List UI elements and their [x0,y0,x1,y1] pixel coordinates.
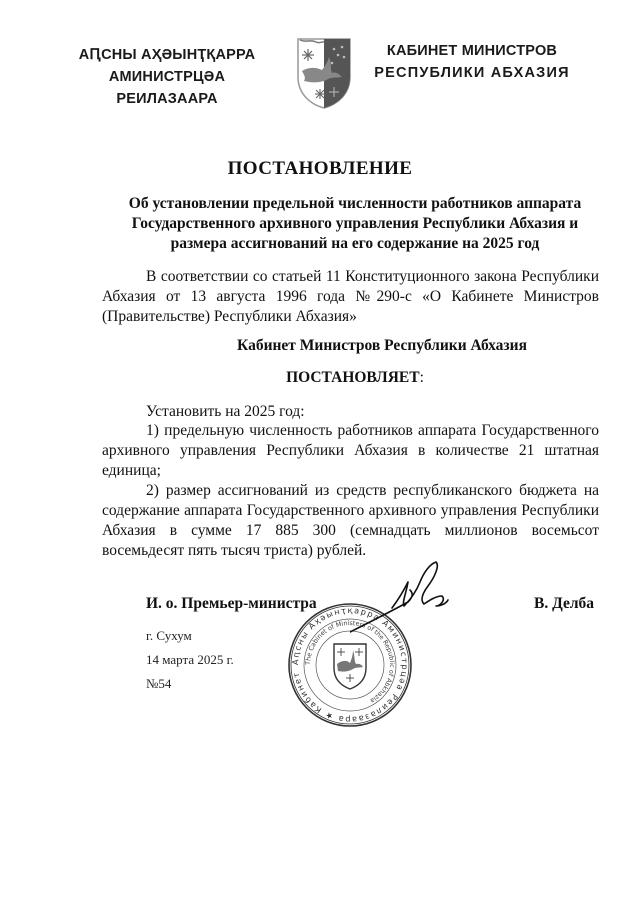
header-russian-line1: КАБИНЕТ МИНИСТРОВ [372,40,572,62]
resolution-item-2: 2) размер ассигнований из средств респуб… [102,481,599,561]
issuer-heading: Кабинет Министров Республики Абхазия [62,337,640,355]
resolves-word: ПОСТАНОВЛЯЕТ [286,369,420,386]
resolves-colon: : [420,369,424,386]
resolution-intro: Установить на 2025 год: [146,402,596,422]
resolution-item-1: 1) предельную численность работников апп… [102,421,599,481]
document-place: г. Сухум [146,628,192,644]
document-page: АԤСНЫ АҲӘЫНҬҚАРРА АМИНИСТРЦӘА РЕИЛАЗААРА… [0,0,640,905]
resolves-heading: ПОСТАНОВЛЯЕТ: [35,369,640,387]
header-abkhaz-line1: АԤСНЫ АҲӘЫНҬҚАРРА [62,44,272,66]
header-abkhaz: АԤСНЫ АҲӘЫНҬҚАРРА АМИНИСТРЦӘА РЕИЛАЗААРА [62,44,272,110]
header-russian-line2: РЕСПУБЛИКИ АБХАЗИЯ [372,62,572,84]
document-date: 14 марта 2025 г. [146,652,234,668]
handwritten-signature-icon [350,560,460,635]
header-abkhaz-line2: АМИНИСТРЦӘА РЕИЛАЗААРА [62,66,272,110]
document-title: ПОСТАНОВЛЕНИЕ [0,158,640,180]
coat-of-arms-icon [296,37,352,109]
signatory-name: В. Делба [534,595,594,613]
header-russian: КАБИНЕТ МИНИСТРОВ РЕСПУБЛИКИ АБХАЗИЯ [372,40,572,84]
document-number: №54 [146,676,171,692]
document-subtitle: Об установлении предельной численности р… [110,194,600,254]
preamble-paragraph: В соответствии со статьей 11 Конституцио… [102,267,599,327]
